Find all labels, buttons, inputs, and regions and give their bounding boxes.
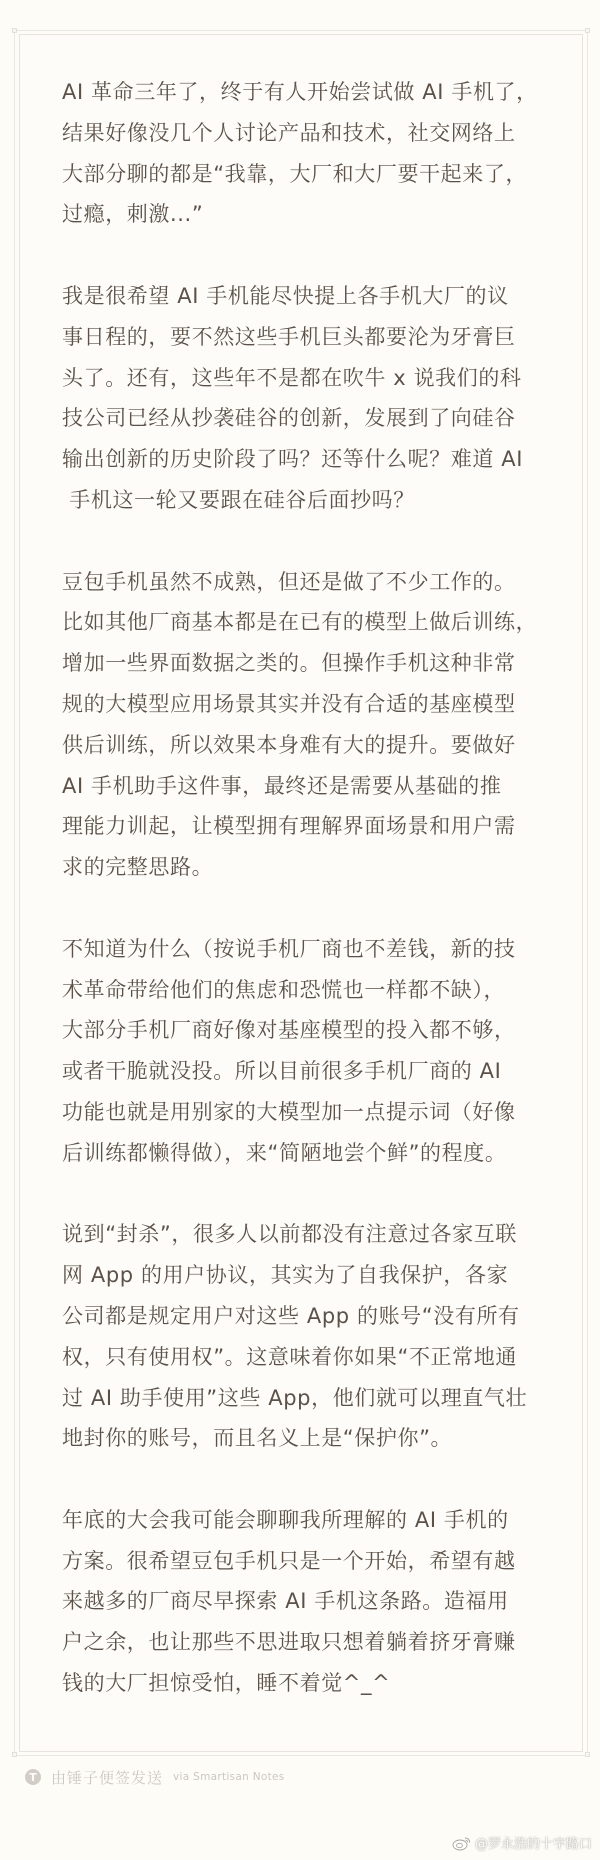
paragraph: 年底的大会我可能会聊聊我所理解的 AI 手机的 方案。很希望豆包手机只是一个开始… [62, 1500, 532, 1704]
text-line: 年底的大会我可能会聊聊我所理解的 AI 手机的 [62, 1500, 532, 1541]
text-line: 增加一些界面数据之类的。但操作手机这种非常 [62, 643, 532, 684]
paragraph-spacer [62, 888, 532, 929]
text-line: 豆包手机虽然不成熟，但还是做了不少工作的。 [62, 562, 532, 603]
text-line: 头了。还有，这些年不是都在吹牛 x 说我们的科 [62, 358, 532, 399]
text-line: 规的大模型应用场景其实并没有合适的基座模型 [62, 684, 532, 725]
paragraph-spacer [62, 1174, 532, 1215]
text-line: 过 AI 助手使用”这些 App，他们就可以理直气壮 [62, 1378, 532, 1419]
text-line: 理能力训起，让模型拥有理解界面场景和用户需 [62, 806, 532, 847]
text-line: 网 App 的用户协议，其实为了自我保护，各家 [62, 1255, 532, 1296]
text-line: 功能也就是用别家的大模型加一点提示词（好像 [62, 1092, 532, 1133]
weibo-watermark: @罗永浩的十字路口 [452, 1833, 592, 1852]
paragraph: 豆包手机虽然不成熟，但还是做了不少工作的。 比如其他厂商基本都是在已有的模型上做… [62, 562, 532, 888]
text-line: 事日程的，要不然这些手机巨头都要沦为牙膏巨 [62, 317, 532, 358]
text-line: 求的完整思路。 [62, 847, 532, 888]
card-corner-bottom-right [585, 1752, 590, 1757]
text-line: 后训练都懒得做），来“简陋地尝个鲜”的程度。 [62, 1133, 532, 1174]
text-line: 供后训练，所以效果本身难有大的提升。要做好 [62, 725, 532, 766]
text-line: 不知道为什么（按说手机厂商也不差钱，新的技 [62, 929, 532, 970]
text-line: 结果好像没几个人讨论产品和技术，社交网络上 [62, 113, 532, 154]
text-line: 比如其他厂商基本都是在已有的模型上做后训练， [62, 602, 532, 643]
paragraph: 不知道为什么（按说手机厂商也不差钱，新的技 术革命带给他们的焦虑和恐慌也一样都不… [62, 929, 532, 1174]
text-line: 公司都是规定用户对这些 App 的账号“没有所有 [62, 1296, 532, 1337]
text-line: 说到“封杀”，很多人以前都没有注意过各家互联 [62, 1214, 532, 1255]
text-line: 地封你的账号，而且名义上是“保护你”。 [62, 1418, 532, 1459]
card-corner-top-left [12, 28, 17, 33]
note-body: AI 革命三年了，终于有人开始尝试做 AI 手机了， 结果好像没几个人讨论产品和… [62, 72, 532, 1704]
text-line: 术革命带给他们的焦虑和恐慌也一样都不缺）， [62, 970, 532, 1011]
paragraph: 我是很希望 AI 手机能尽快提上各手机大厂的议 事日程的，要不然这些手机巨头都要… [62, 276, 532, 521]
text-line: 来越多的厂商尽早探索 AI 手机这条路。造福用 [62, 1581, 532, 1622]
text-line: AI 手机助手这件事，最终还是需要从基础的推 [62, 766, 532, 807]
paragraph: AI 革命三年了，终于有人开始尝试做 AI 手机了， 结果好像没几个人讨论产品和… [62, 72, 532, 235]
text-line: 权，只有使用权”。这意味着你如果“不正常地通 [62, 1337, 532, 1378]
text-line: 过瘾，刺激...” [62, 194, 532, 235]
text-line: 大部分聊的都是“我靠，大厂和大厂要干起来了， [62, 154, 532, 195]
paragraph-spacer [62, 235, 532, 276]
watermark-text: @罗永浩的十字路口 [475, 1833, 592, 1852]
card-corner-bottom-left [12, 1752, 17, 1757]
text-line: 大部分手机厂商好像对基座模型的投入都不够， [62, 1010, 532, 1051]
text-line: 或者干脆就没投。所以目前很多手机厂商的 AI [62, 1051, 532, 1092]
weibo-icon [452, 1835, 472, 1851]
paragraph-spacer [62, 1459, 532, 1500]
text-line: 手机这一轮又要跟在硅谷后面抄吗？ [62, 480, 532, 521]
text-line: 输出创新的历史阶段了吗？还等什么呢？难道 AI [62, 439, 532, 480]
sent-via-footer: T 由锤子便签发送 via Smartisan Notes [25, 1765, 285, 1789]
text-line: 方案。很希望豆包手机只是一个开始，希望有越 [62, 1541, 532, 1582]
text-line: AI 革命三年了，终于有人开始尝试做 AI 手机了， [62, 72, 532, 113]
text-line: 我是很希望 AI 手机能尽快提上各手机大厂的议 [62, 276, 532, 317]
paragraph: 说到“封杀”，很多人以前都没有注意过各家互联 网 App 的用户协议，其实为了自… [62, 1214, 532, 1459]
sent-via-label-en: via Smartisan Notes [173, 1771, 285, 1783]
paragraph-spacer [62, 521, 532, 562]
card-corner-top-right [585, 28, 590, 33]
sent-via-label-cn: 由锤子便签发送 [51, 1767, 163, 1788]
text-line: 户之余，也让那些不思进取只想着躺着挤牙膏赚 [62, 1622, 532, 1663]
text-line: 技公司已经从抄袭硅谷的创新，发展到了向硅谷 [62, 398, 532, 439]
smartisan-t-icon: T [25, 1769, 41, 1785]
text-line: 钱的大厂担惊受怕，睡不着觉^_^ [62, 1663, 532, 1704]
